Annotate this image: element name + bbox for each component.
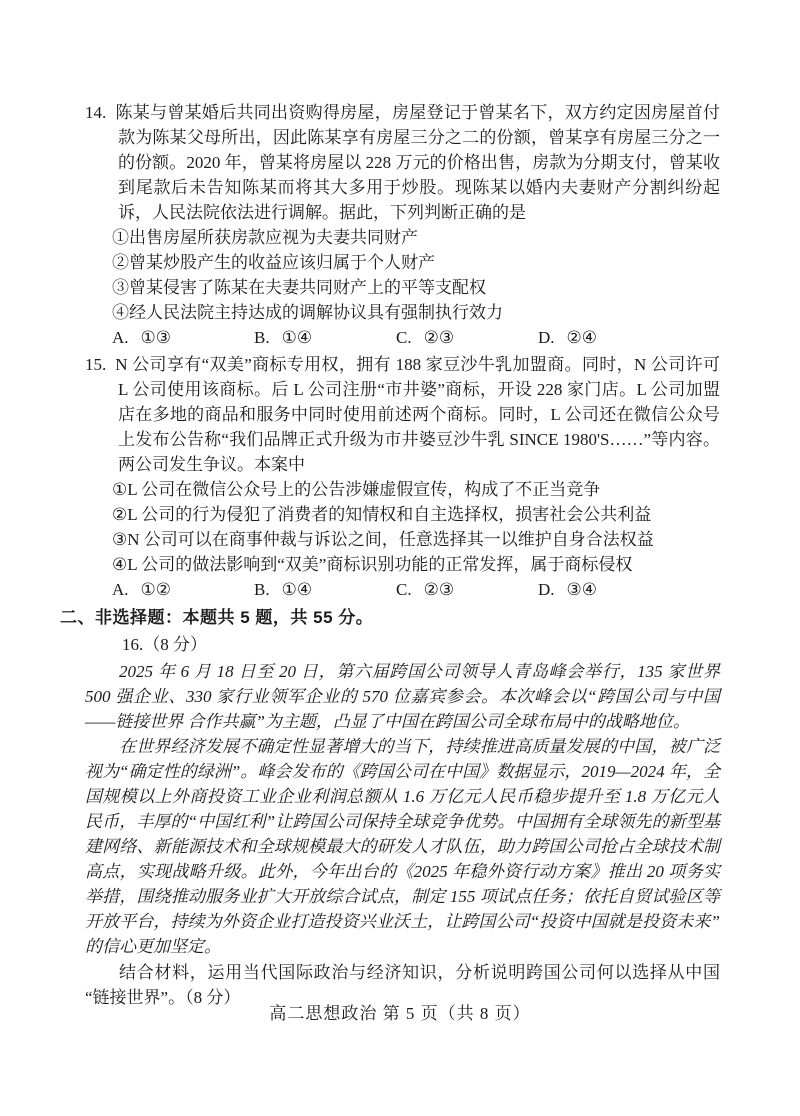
option-label: B. <box>254 328 270 347</box>
statement: ①出售房屋所获房款应视为夫妻共同财产 <box>85 225 720 250</box>
option-d: D.②④ <box>538 325 597 350</box>
option-value: ②③ <box>424 328 454 347</box>
question-16-number: 16.（8 分） <box>85 632 720 657</box>
option-d: D.③④ <box>538 577 597 602</box>
question-15-stem: 15.N 公司享有“双美”商标专用权，拥有 188 家豆沙牛乳加盟商。同时，N … <box>85 352 720 477</box>
option-c: C.②③ <box>396 577 538 602</box>
option-value: ①④ <box>282 580 312 599</box>
question-15-options: A.①② B.①④ C.②③ D.③④ <box>85 577 720 602</box>
question-15: 15.N 公司享有“双美”商标专用权，拥有 188 家豆沙牛乳加盟商。同时，N … <box>85 352 720 602</box>
statement: ③N 公司可以在商事仲裁与诉讼之间，任意选择其一以维护自身合法权益 <box>85 527 720 552</box>
statement: ③曾某侵害了陈某在夫妻共同财产上的平等支配权 <box>85 275 720 300</box>
statement: ②L 公司的行为侵犯了消费者的知情权和自主选择权，损害社会公共利益 <box>85 502 720 527</box>
page-footer: 高二思想政治 第 5 页（共 8 页） <box>0 1001 800 1026</box>
statement: ②曾某炒股产生的收益应该归属于个人财产 <box>85 250 720 275</box>
question-15-number: 15. <box>85 355 106 374</box>
option-value: ①② <box>141 580 171 599</box>
statement: ④L 公司的做法影响到“双美”商标识别功能的正常发挥，属于商标侵权 <box>85 552 720 577</box>
option-label: B. <box>254 580 270 599</box>
section-2-heading: 二、非选择题：本题共 5 题，共 55 分。 <box>60 605 720 630</box>
question-14-number: 14. <box>85 103 106 122</box>
question-14: 14.陈某与曾某婚后共同出资购得房屋，房屋登记于曾某名下，双方约定因房屋首付款为… <box>85 100 720 350</box>
question-15-statements: ①L 公司在微信公众号上的公告涉嫌虚假宣传，构成了不正当竞争 ②L 公司的行为侵… <box>85 477 720 577</box>
option-b: B.①④ <box>254 325 396 350</box>
option-label: D. <box>538 328 555 347</box>
option-label: C. <box>396 328 412 347</box>
option-a: A.①② <box>112 577 254 602</box>
option-value: ①④ <box>282 328 312 347</box>
question-15-stem-text: N 公司享有“双美”商标专用权，拥有 188 家豆沙牛乳加盟商。同时，N 公司许… <box>115 355 720 474</box>
option-b: B.①④ <box>254 577 396 602</box>
question-14-options: A.①③ B.①④ C.②③ D.②④ <box>85 325 720 350</box>
statement: ①L 公司在微信公众号上的公告涉嫌虚假宣传，构成了不正当竞争 <box>85 477 720 502</box>
question-16-material-paragraph-1: 2025 年 6 月 18 日至 20 日，第六届跨国公司领导人青岛峰会举行，1… <box>85 659 720 734</box>
option-a: A.①③ <box>112 325 254 350</box>
option-label: A. <box>112 580 129 599</box>
question-14-stem-text: 陈某与曾某婚后共同出资购得房屋，房屋登记于曾某名下，双方约定因房屋首付款为陈某父… <box>115 103 720 222</box>
option-value: ②④ <box>567 328 597 347</box>
question-14-stem: 14.陈某与曾某婚后共同出资购得房屋，房屋登记于曾某名下，双方约定因房屋首付款为… <box>85 100 720 225</box>
option-value: ②③ <box>424 580 454 599</box>
option-c: C.②③ <box>396 325 538 350</box>
option-label: A. <box>112 328 129 347</box>
question-16: 16.（8 分） 2025 年 6 月 18 日至 20 日，第六届跨国公司领导… <box>85 632 720 1010</box>
option-label: C. <box>396 580 412 599</box>
option-value: ③④ <box>567 580 597 599</box>
question-14-statements: ①出售房屋所获房款应视为夫妻共同财产 ②曾某炒股产生的收益应该归属于个人财产 ③… <box>85 225 720 325</box>
option-value: ①③ <box>141 328 171 347</box>
statement: ④经人民法院主持达成的调解协议具有强制执行效力 <box>85 300 720 325</box>
exam-page: 14.陈某与曾某婚后共同出资购得房屋，房屋登记于曾某名下，双方约定因房屋首付款为… <box>0 0 800 1116</box>
question-16-material-paragraph-2: 在世界经济发展不确定性显著增大的当下，持续推进高质量发展的中国，被广泛视为“确定… <box>85 734 720 959</box>
option-label: D. <box>538 580 555 599</box>
